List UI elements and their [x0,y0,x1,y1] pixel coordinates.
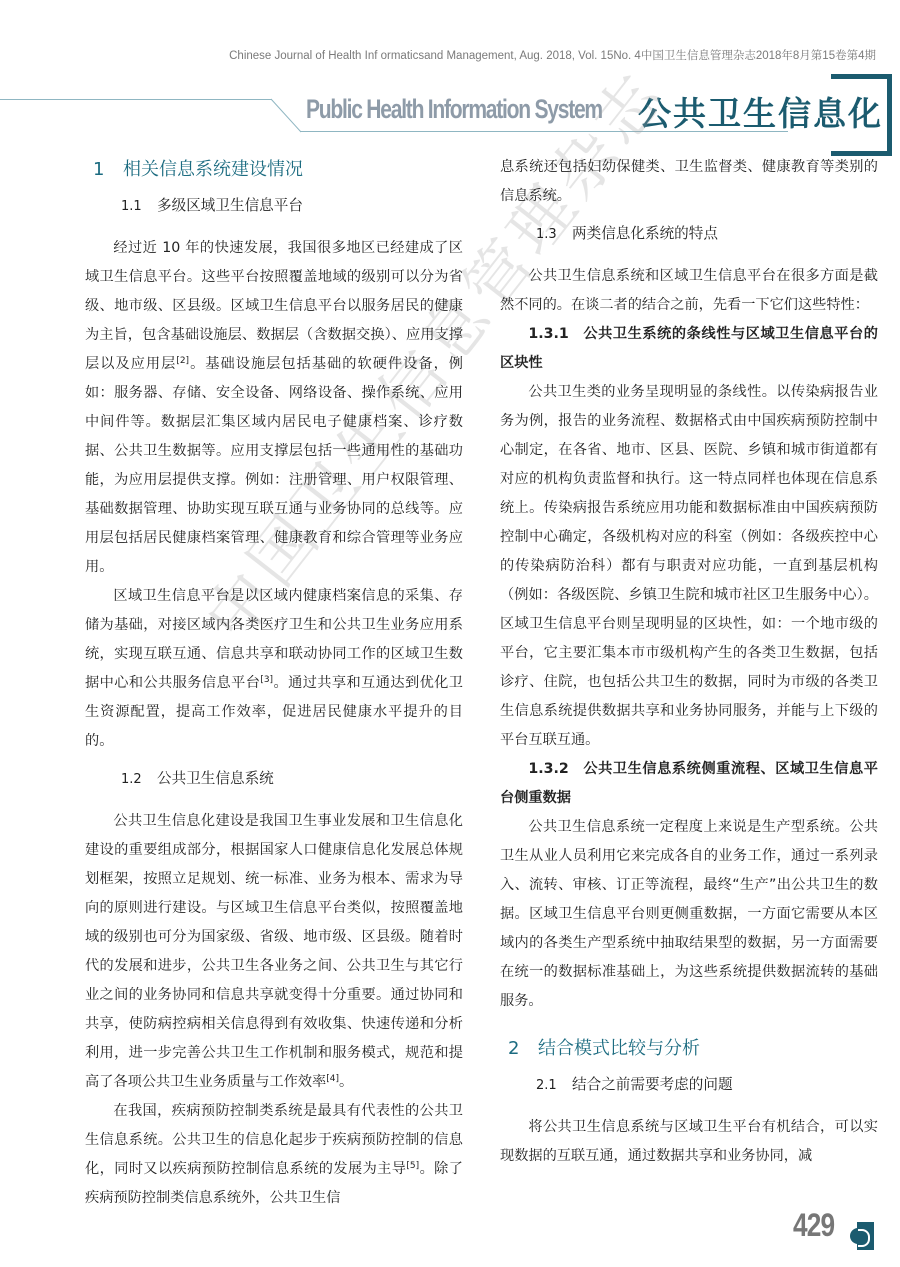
text: 公共卫生信息化建设是我国卫生事业发展和卫生信息化建设的重要组成部分，根据国家人口… [85,813,463,1090]
section-number: 1.3.2 [528,761,568,777]
page-number: 429 [793,1207,834,1244]
section-heading-2-1: 2.1结合之前需要考虑的问题 [500,1070,878,1101]
page-marker-icon [857,1222,874,1250]
paragraph: 公共卫生信息系统和区域卫生信息平台在很多方面是截然不同的。在谈二者的结合之前，先… [500,262,878,320]
text: 。基础设施层包括基础的软硬件设备，例如：服务器、存储、安全设备、网络设备、操作系… [85,356,463,575]
header-rule-left [0,99,272,100]
paragraph: 经过近 10 年的快速发展，我国很多地区已经建成了区域卫生信息平台。这些平台按照… [85,234,463,582]
paragraph: 在我国，疾病预防控制类系统是最具有代表性的公共卫生信息系统。公共卫生的信息化起步… [85,1097,463,1213]
left-column: 1相关信息系统建设情况 1.1多级区域卫生信息平台 经过近 10 年的快速发展，… [85,153,463,1213]
paragraph: 公共卫生类的业务呈现明显的条线性。以传染病报告业务为例，报告的业务流程、数据格式… [500,378,878,755]
paragraph: 公共卫生信息系统一定程度上来说是生产型系统。公共卫生从业人员利用它来完成各自的业… [500,813,878,1016]
section-heading-1: 1相关信息系统建设情况 [85,153,463,187]
text: 经过近 10 年的快速发展，我国很多地区已经建成了区域卫生信息平台。这些平台按照… [85,240,463,372]
citation-ref[interactable]: [4] [326,1074,339,1084]
paragraph: 将公共卫生信息系统与区域卫生平台有机结合，可以实现数据的互联互通，通过数据共享和… [500,1113,878,1171]
section-heading-1-3: 1.3两类信息化系统的特点 [500,219,878,250]
section-title: 公共卫生信息系统 [157,770,274,787]
paragraph: 息系统还包括妇幼保健类、卫生监督类、健康教育等类别的信息系统。 [500,153,878,211]
section-heading-1-2: 1.2公共卫生信息系统 [85,764,463,795]
paragraph: 区域卫生信息平台是以区域内健康档案信息的采集、存储为基础，对接区域内各类医疗卫生… [85,582,463,756]
section-heading-1-3-2: 1.3.2公共卫生信息系统侧重流程、区域卫生信息平台侧重数据 [500,755,878,813]
section-number: 1.2 [121,765,157,795]
citation-ref[interactable]: [5] [406,1161,419,1171]
paragraph: 公共卫生信息化建设是我国卫生事业发展和卫生信息化建设的重要组成部分，根据国家人口… [85,807,463,1097]
section-number: 2 [508,1032,538,1066]
text: 。 [339,1074,353,1090]
citation-ref[interactable]: [2] [176,356,189,366]
section-heading-2: 2结合模式比较与分析 [500,1032,878,1066]
section-title: 多级区域卫生信息平台 [157,197,303,214]
right-column: 息系统还包括妇幼保健类、卫生监督类、健康教育等类别的信息系统。 1.3两类信息化… [500,153,878,1171]
citation-ref[interactable]: [3] [260,675,273,685]
section-number: 1.3 [536,220,572,250]
section-title: 两类信息化系统的特点 [572,225,718,242]
bracket-frame-icon [840,74,892,156]
section-title: 结合模式比较与分析 [538,1038,700,1059]
section-title: 结合之前需要考虑的问题 [572,1076,733,1093]
running-head: Chinese Journal of Health Inf ormaticsan… [229,47,876,63]
section-heading-1-1: 1.1多级区域卫生信息平台 [85,191,463,222]
section-title: 相关信息系统建设情况 [123,159,303,180]
section-number: 1.1 [121,192,157,222]
column-title-en: Public Health Information System [306,94,602,125]
header-rule-diagonal [270,98,304,134]
section-number: 2.1 [536,1071,572,1101]
section-number: 1 [93,153,123,187]
section-heading-1-3-1: 1.3.1公共卫生系统的条线性与区域卫生信息平台的区块性 [500,320,878,378]
section-number: 1.3.1 [528,326,568,342]
